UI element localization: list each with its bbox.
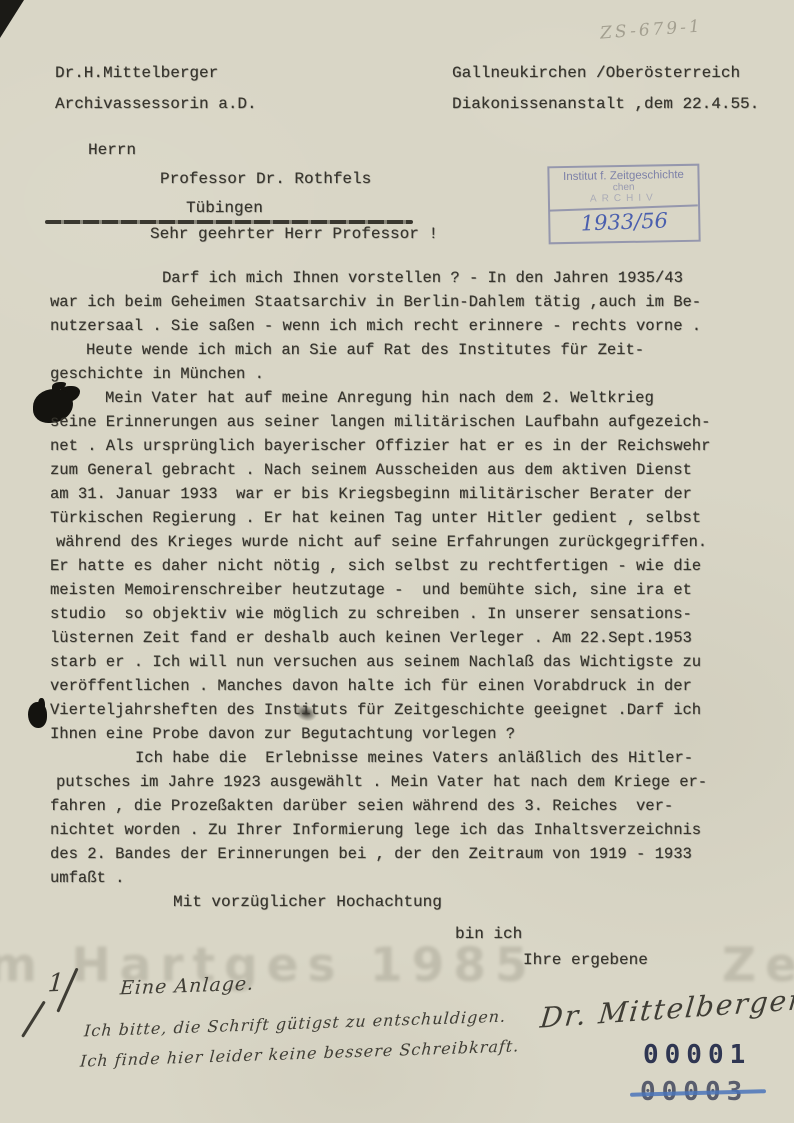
letter-line: war ich beim Geheimen Staatsarchiv in Be…: [50, 290, 760, 314]
handwritten-signature: Dr. Mittelberger.: [539, 982, 794, 1034]
archive-stamp: Institut f. Zeitgeschichte chen ARCHIV 1…: [547, 164, 700, 245]
letter-line: umfaßt .: [50, 866, 760, 890]
place-date-block: Gallneukirchen /Oberösterreich Diakoniss…: [452, 58, 759, 120]
letter-line: Er hatte es daher nicht nötig , sich sel…: [50, 554, 760, 578]
letter-salutation: Sehr geehrter Herr Professor !: [150, 225, 438, 243]
archive-reference-pencil: ZS-679-1: [599, 16, 703, 43]
recipient-city: Tübingen: [186, 199, 263, 217]
letter-line: Vierteljahrsheften des Instituts für Zei…: [50, 698, 760, 722]
place-line: Gallneukirchen /Oberösterreich: [452, 58, 759, 89]
letter-line: Heute wende ich mich an Sie auf Rat des …: [50, 338, 760, 362]
letter-line: zum General gebracht . Nach seinem Aussc…: [50, 458, 760, 482]
ink-blot: [28, 702, 47, 728]
stamp-archiv-line: ARCHIV: [550, 192, 698, 207]
letter-line: meisten Memoirenschreiber heutzutage - u…: [50, 578, 760, 602]
closing-formula: Mit vorzüglicher Hochachtung: [173, 893, 442, 911]
sender-name: Dr.H.Mittelberger: [55, 58, 257, 89]
sender-title: Archivassessorin a.D.: [55, 89, 257, 120]
typed-underline: [45, 220, 413, 224]
letter-line: Darf ich mich Ihnen vorstellen ? - In de…: [50, 266, 760, 290]
letter-line: starb er . Ich will nun versuchen aus se…: [50, 650, 760, 674]
recipient-salutation: Herrn: [88, 141, 136, 159]
letter-line: Mein Vater hat auf meine Anregung hin na…: [50, 386, 760, 410]
letter-line: nutzersaal . Sie saßen - wenn ich mich r…: [50, 314, 760, 338]
letter-line: lüsternen Zeit fand er deshalb auch kein…: [50, 626, 760, 650]
closing-ihre-ergebene: Ihre ergebene: [523, 951, 648, 969]
letter-line: net . Als ursprünglich bayerischer Offiz…: [50, 434, 760, 458]
letter-line: fahren , die Prozeßakten darüber seien w…: [50, 794, 760, 818]
letter-line: Ihnen eine Probe davon zur Begutachtung …: [50, 722, 760, 746]
letter-line: geschichte in München .: [50, 362, 760, 386]
letter-line: Türkischen Regierung . Er hat keinen Tag…: [50, 506, 760, 530]
letter-line: seine Erinnerungen aus seiner langen mil…: [50, 410, 760, 434]
letter-line: studio so objektiv wie möglich zu schrei…: [50, 602, 760, 626]
letter-scan-page: ZS-679-1 Dr.H.Mittelberger Archivassesso…: [0, 0, 794, 1123]
letter-line: veröffentlichen . Manches davon halte ic…: [50, 674, 760, 698]
letter-line: während des Krieges wurde nicht auf sein…: [50, 530, 760, 554]
letter-line: am 31. Januar 1933 war er bis Kriegsbegi…: [50, 482, 760, 506]
corner-fold-artifact: [0, 0, 24, 38]
handwritten-enclosure-note: Eine Anlage.: [119, 973, 255, 1000]
letter-body: Darf ich mich Ihnen vorstellen ? - In de…: [50, 266, 760, 890]
recipient-name: Professor Dr. Rothfels: [160, 170, 371, 188]
letter-line: putsches im Jahre 1923 ausgewählt . Mein…: [50, 770, 760, 794]
letter-line: Ich habe die Erlebnisse meines Vaters an…: [50, 746, 760, 770]
page-number-stamp: 00001: [643, 1040, 751, 1070]
stamp-accession-number: 1933/56: [550, 204, 699, 237]
bleedthrough-text-left: m Hartges 1985: [0, 938, 537, 993]
letter-line: nichtet worden . Zu Ihrer Informierung l…: [50, 818, 760, 842]
letter-line: des 2. Bandes der Erinnerungen bei , der…: [50, 842, 760, 866]
handwritten-note-apology: Ich bitte, die Schrift gütigst zu entsch…: [83, 1007, 506, 1041]
handwritten-slash-stroke: [21, 1001, 45, 1038]
institution-date-line: Diakonissenanstalt ,dem 22.4.55.: [452, 89, 759, 120]
handwritten-note-typist: Ich finde hier leider keine bessere Schr…: [79, 1036, 520, 1070]
sender-block: Dr.H.Mittelberger Archivassessorin a.D.: [55, 58, 257, 120]
handwritten-item-mark: 1: [47, 968, 66, 998]
